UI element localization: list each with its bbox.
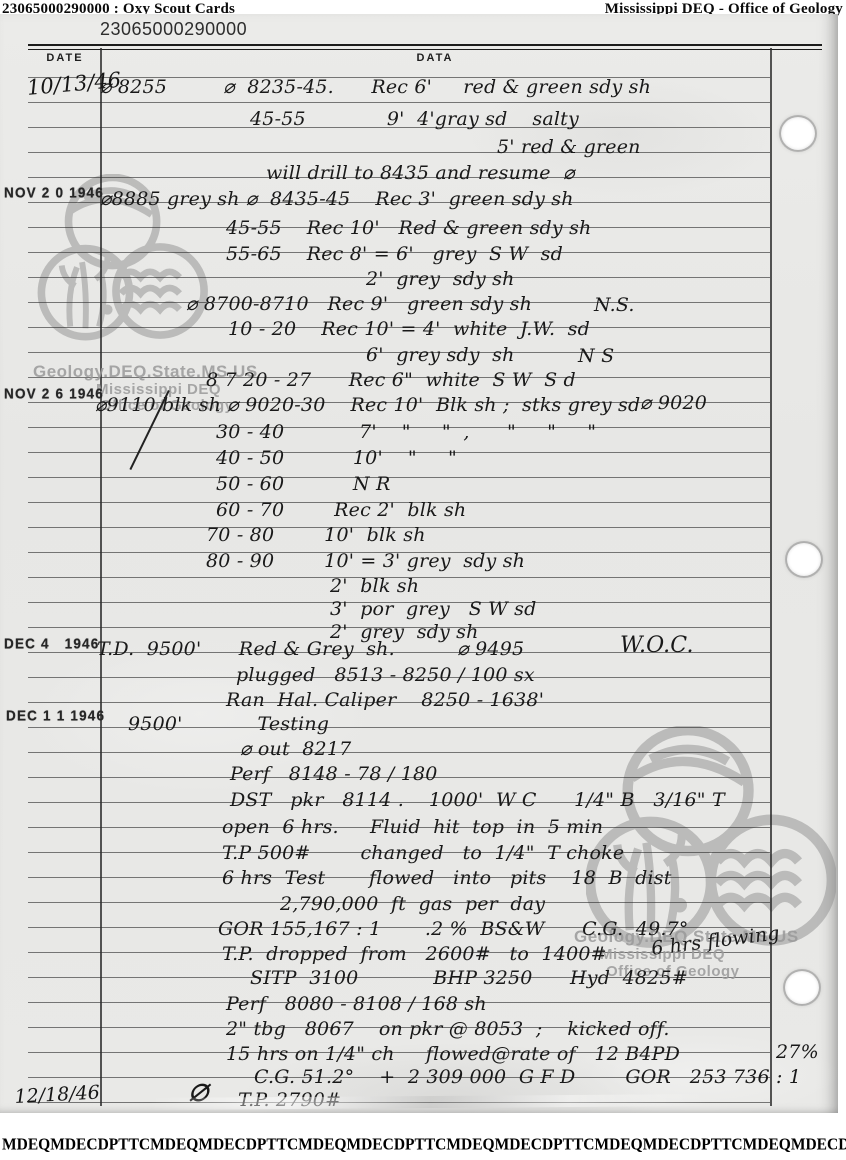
handwritten-line: 3' por grey S W sd — [330, 598, 536, 620]
date-stamp: DEC 1 1 1946 — [6, 707, 105, 723]
handwritten-line: ⌀ 8255 ⌀ 8235-45. Rec 6' red & green sdy… — [100, 76, 651, 98]
handwritten-line: 5' red & green — [497, 136, 641, 158]
footer-agency-label: MDEQ — [2, 1135, 50, 1155]
footer-agency-label: MDECD — [346, 1135, 405, 1155]
data-column-header: DATA — [100, 52, 770, 64]
top-rule-line — [28, 49, 822, 51]
handwritten-line: DST pkr 8114 . 1000' W C 1/4" B 3/16" T — [230, 789, 725, 811]
handwritten-line: 2' grey sdy sh — [366, 268, 515, 290]
handwritten-line: 45-55 Rec 10' Red & green sdy sh — [226, 217, 591, 239]
handwritten-line: 8 7 20 - 27 Rec 6" white S W S d — [206, 369, 576, 391]
handwritten-line: T.P. dropped from 2600# to 1400# — [222, 943, 607, 965]
handwritten-line: ⌀8885 grey sh ⌀ 8435-45 Rec 3' green sdy… — [100, 188, 574, 210]
footer-agency-label: PTTC — [701, 1135, 742, 1155]
handwritten-line: 80 - 90 10' = 3' grey sdy sh — [206, 550, 525, 572]
date-stamp: NOV 2 6 1946 — [4, 385, 104, 401]
footer-agency-label: MDEQ — [150, 1135, 198, 1155]
date-stamp: NOV 2 0 1946 — [4, 184, 104, 200]
handwritten-line: 15 hrs on 1/4" ch flowed@rate of 12 B4PD — [226, 1043, 680, 1065]
handwritten-line: T.D. 9500' Red & Grey sh. ⌀ 9495 — [97, 638, 524, 660]
footer-agency-label: MDEQ — [446, 1135, 494, 1155]
handwritten-line: SITP 3100 BHP 3250 Hyd 4825# — [250, 967, 688, 989]
footer-agency-label: PTTC — [553, 1135, 594, 1155]
handwritten-line: Ran Hal. Caliper 8250 - 1638' — [226, 689, 544, 711]
footer-agency-label: MDEQ — [595, 1135, 643, 1155]
handwritten-line: 10 - 20 Rec 10' = 4' white J.W. sd — [228, 318, 590, 340]
handwritten-line: 45-55 9' 4'gray sd salty — [250, 108, 579, 130]
handwritten-line: ⌀ 9020 — [640, 392, 707, 414]
handwritten-line: 50 - 60 N R — [216, 473, 390, 495]
footer-agency-strip: MDEQMDECDPTTCMDEQMDECDPTTCMDEQMDECDPTTCM… — [2, 1136, 844, 1154]
handwritten-line: 2,790,000 ft gas per day — [280, 893, 545, 915]
handwritten-line: ⌀9110 blk sh ⌀ 9020-30 Rec 10' Blk sh ; … — [95, 394, 640, 416]
punch-hole — [787, 543, 821, 576]
handwritten-line: 2' blk sh — [330, 575, 419, 597]
card-number-stamp: 23065000290000 — [100, 19, 247, 40]
handwritten-line: 60 - 70 Rec 2' blk sh — [216, 499, 466, 521]
handwritten-line: 27% — [776, 1041, 819, 1063]
handwritten-line: open 6 hrs. Fluid hit top in 5 min — [222, 816, 603, 838]
handwritten-date: 12/18/46 — [14, 1082, 100, 1108]
handwritten-line: N.S. — [594, 294, 635, 316]
date-stamp: DEC 4 1946 — [4, 635, 99, 651]
scanned-scout-card-page: 23065000290000 : Oxy Scout Cards Mississ… — [0, 0, 846, 1160]
date-column-header: DATE — [30, 52, 100, 64]
punch-hole — [781, 117, 815, 150]
handwritten-line: N S — [578, 345, 614, 367]
handwritten-line: T.P 500# changed to 1/4" T choke — [222, 842, 624, 864]
handwritten-line: GOR 155,167 : 1 .2 % BS&W C.G. 49.7° — [218, 918, 689, 940]
handwritten-line: 9500' Testing — [128, 713, 329, 735]
handwritten-line: 30 - 40 7' " " , " " " — [216, 421, 596, 443]
handwritten-line: Perf 8148 - 78 / 180 — [230, 763, 438, 785]
footer-agency-label: MDECD — [50, 1135, 109, 1155]
handwritten-line: 40 - 50 10' " " — [216, 447, 457, 469]
handwritten-line: 55-65 Rec 8' = 6' grey S W sd — [226, 243, 563, 265]
handwritten-line: plugged 8513 - 8250 / 100 sx — [236, 664, 535, 686]
handwritten-line: 2" tbg 8067 on pkr @ 8053 ; kicked off. — [226, 1018, 670, 1040]
handwritten-line: W.O.C. — [620, 633, 694, 658]
footer-agency-label: PTTC — [405, 1135, 446, 1155]
punch-hole — [785, 971, 819, 1004]
handwritten-line: C.G. 51.2° + 2 309 000 G F D GOR 253 736… — [254, 1066, 801, 1088]
footer-agency-label: MDECD — [198, 1135, 257, 1155]
footer-agency-label: MDECD — [791, 1135, 846, 1155]
footer-agency-label: MDEQ — [298, 1135, 346, 1155]
footer-agency-label: PTTC — [109, 1135, 150, 1155]
footer-agency-label: PTTC — [257, 1135, 298, 1155]
handwritten-line: 70 - 80 10' blk sh — [206, 524, 426, 546]
handwritten-line: 6 hrs Test flowed into pits 18 B dist — [222, 867, 672, 889]
handwritten-line: Perf 8080 - 8108 / 168 sh — [226, 993, 487, 1015]
handwritten-line: will drill to 8435 and resume ⌀ — [266, 162, 575, 184]
top-rule-line — [28, 44, 822, 46]
right-border-line — [770, 48, 772, 1106]
footer-agency-label: MDECD — [643, 1135, 702, 1155]
footer-agency-label: MDEQ — [743, 1135, 791, 1155]
handwritten-line: 6' grey sdy sh — [366, 344, 515, 366]
footer-agency-label: MDECD — [495, 1135, 554, 1155]
handwritten-line: ⌀ 8700-8710 Rec 9' green sdy sh — [186, 293, 532, 315]
handwritten-line: ⌀ out 8217 — [240, 738, 351, 760]
